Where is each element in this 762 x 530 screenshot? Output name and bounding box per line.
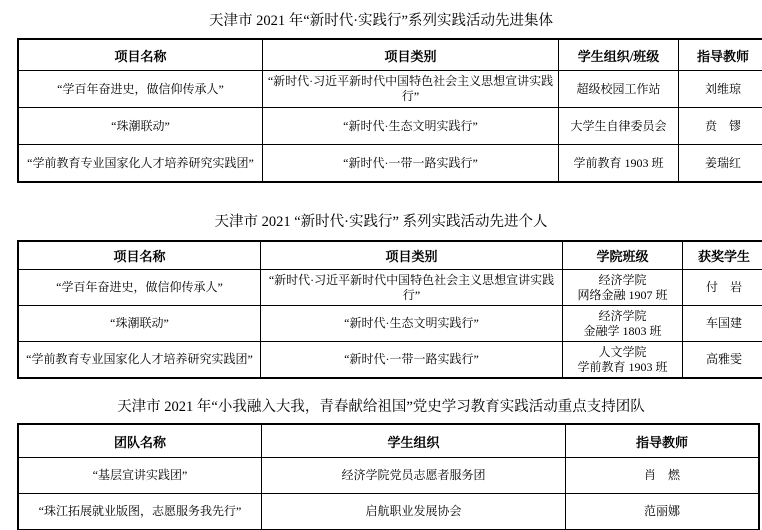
column-header-project-name: 项目名称 (18, 39, 263, 71)
table-row: “学前教育专业国家化人才培养研究实践团” “新时代·一带一路实践行” 学前教育 … (18, 145, 762, 183)
cell-project-category: “新时代·生态文明实践行” (261, 306, 563, 342)
column-header-team-name: 团队名称 (18, 424, 262, 458)
table-header-row: 项目名称 项目类别 学院班级 获奖学生 (18, 241, 762, 270)
column-header-college-class: 学院班级 (563, 241, 683, 270)
cell-team-name: “基层宣讲实践团” (18, 458, 262, 494)
cell-project-name: “学百年奋进史，做信仰传承人” (18, 270, 261, 306)
cell-project-name: “学前教育专业国家化人才培养研究实践团” (18, 145, 263, 183)
class-name: 网络金融 1907 班 (565, 288, 680, 303)
cell-project-category: “新时代·一带一路实践行” (263, 145, 559, 183)
cell-awarded-student: 车国建 (683, 306, 762, 342)
section-title-advanced-individuals: 天津市 2021 “新时代·实践行” 系列实践活动先进个人 (0, 213, 762, 232)
cell-project-category: “新时代·习近平新时代中国特色社会主义思想宣讲实践行” (261, 270, 563, 306)
table-row: “珠潮联动” “新时代·生态文明实践行” 经济学院 金融学 1803 班 车国建 (18, 306, 762, 342)
cell-advisor: 姜瑞红 (679, 145, 762, 183)
table-header-row: 项目名称 项目类别 学生组织/班级 指导教师 (18, 39, 762, 71)
column-header-student-org: 学生组织 (262, 424, 566, 458)
cell-student-org: 学前教育 1903 班 (559, 145, 679, 183)
cell-advisor: 刘维琼 (679, 71, 762, 108)
cell-project-category: “新时代·生态文明实践行” (263, 108, 559, 145)
table-row: “学百年奋进史，做信仰传承人” “新时代·习近平新时代中国特色社会主义思想宣讲实… (18, 270, 762, 306)
table-header-row: 团队名称 学生组织 指导教师 (18, 424, 759, 458)
column-header-awarded-student: 获奖学生 (683, 241, 762, 270)
cell-project-category: “新时代·习近平新时代中国特色社会主义思想宣讲实践行” (263, 71, 559, 108)
cell-advisor: 范丽娜 (566, 494, 760, 530)
cell-awarded-student: 付 岩 (683, 270, 762, 306)
table-row: “基层宣讲实践团” 经济学院党员志愿者服务团 肖 燃 (18, 458, 759, 494)
cell-project-name: “学前教育专业国家化人才培养研究实践团” (18, 342, 261, 379)
cell-awarded-student: 高雅雯 (683, 342, 762, 379)
cell-project-name: “学百年奋进史，做信仰传承人” (18, 71, 263, 108)
table-key-support-teams: 团队名称 学生组织 指导教师 “基层宣讲实践团” 经济学院党员志愿者服务团 肖 … (17, 423, 760, 530)
college-name: 经济学院 (565, 309, 680, 324)
column-header-project-category: 项目类别 (263, 39, 559, 71)
section-title-key-support-teams: 天津市 2021 年“小我融入大我，青春献给祖国”党史学习教育实践活动重点支持团… (0, 398, 762, 417)
college-name: 经济学院 (565, 273, 680, 288)
cell-student-org: 大学生自律委员会 (559, 108, 679, 145)
class-name: 金融学 1803 班 (565, 324, 680, 339)
college-name: 人文学院 (565, 345, 680, 360)
table-row: “珠江拓展就业版图，志愿服务我先行” 启航职业发展协会 范丽娜 (18, 494, 759, 530)
column-header-student-org-class: 学生组织/班级 (559, 39, 679, 71)
document: 天津市 2021 年“新时代·实践行”系列实践活动先进集体 项目名称 项目类别 … (0, 0, 762, 530)
cell-college-class: 经济学院 金融学 1803 班 (563, 306, 683, 342)
column-header-project-name: 项目名称 (18, 241, 261, 270)
cell-student-org: 启航职业发展协会 (262, 494, 566, 530)
cell-college-class: 经济学院 网络金融 1907 班 (563, 270, 683, 306)
cell-advisor: 肖 燃 (566, 458, 760, 494)
cell-student-org: 超级校园工作站 (559, 71, 679, 108)
cell-advisor: 贲 镠 (679, 108, 762, 145)
table-row: “学前教育专业国家化人才培养研究实践团” “新时代·一带一路实践行” 人文学院 … (18, 342, 762, 379)
cell-team-name: “珠江拓展就业版图，志愿服务我先行” (18, 494, 262, 530)
cell-college-class: 人文学院 学前教育 1903 班 (563, 342, 683, 379)
cell-project-category: “新时代·一带一路实践行” (261, 342, 563, 379)
table-row: “珠潮联动” “新时代·生态文明实践行” 大学生自律委员会 贲 镠 (18, 108, 762, 145)
column-header-advisor: 指导教师 (566, 424, 760, 458)
column-header-advisor: 指导教师 (679, 39, 762, 71)
cell-student-org: 经济学院党员志愿者服务团 (262, 458, 566, 494)
cell-project-name: “珠潮联动” (18, 108, 263, 145)
table-advanced-collectives: 项目名称 项目类别 学生组织/班级 指导教师 “学百年奋进史，做信仰传承人” “… (17, 38, 762, 183)
table-row: “学百年奋进史，做信仰传承人” “新时代·习近平新时代中国特色社会主义思想宣讲实… (18, 71, 762, 108)
section-title-advanced-collectives: 天津市 2021 年“新时代·实践行”系列实践活动先进集体 (0, 12, 762, 31)
class-name: 学前教育 1903 班 (565, 360, 680, 375)
cell-project-name: “珠潮联动” (18, 306, 261, 342)
table-advanced-individuals: 项目名称 项目类别 学院班级 获奖学生 “学百年奋进史，做信仰传承人” “新时代… (17, 240, 762, 379)
column-header-project-category: 项目类别 (261, 241, 563, 270)
